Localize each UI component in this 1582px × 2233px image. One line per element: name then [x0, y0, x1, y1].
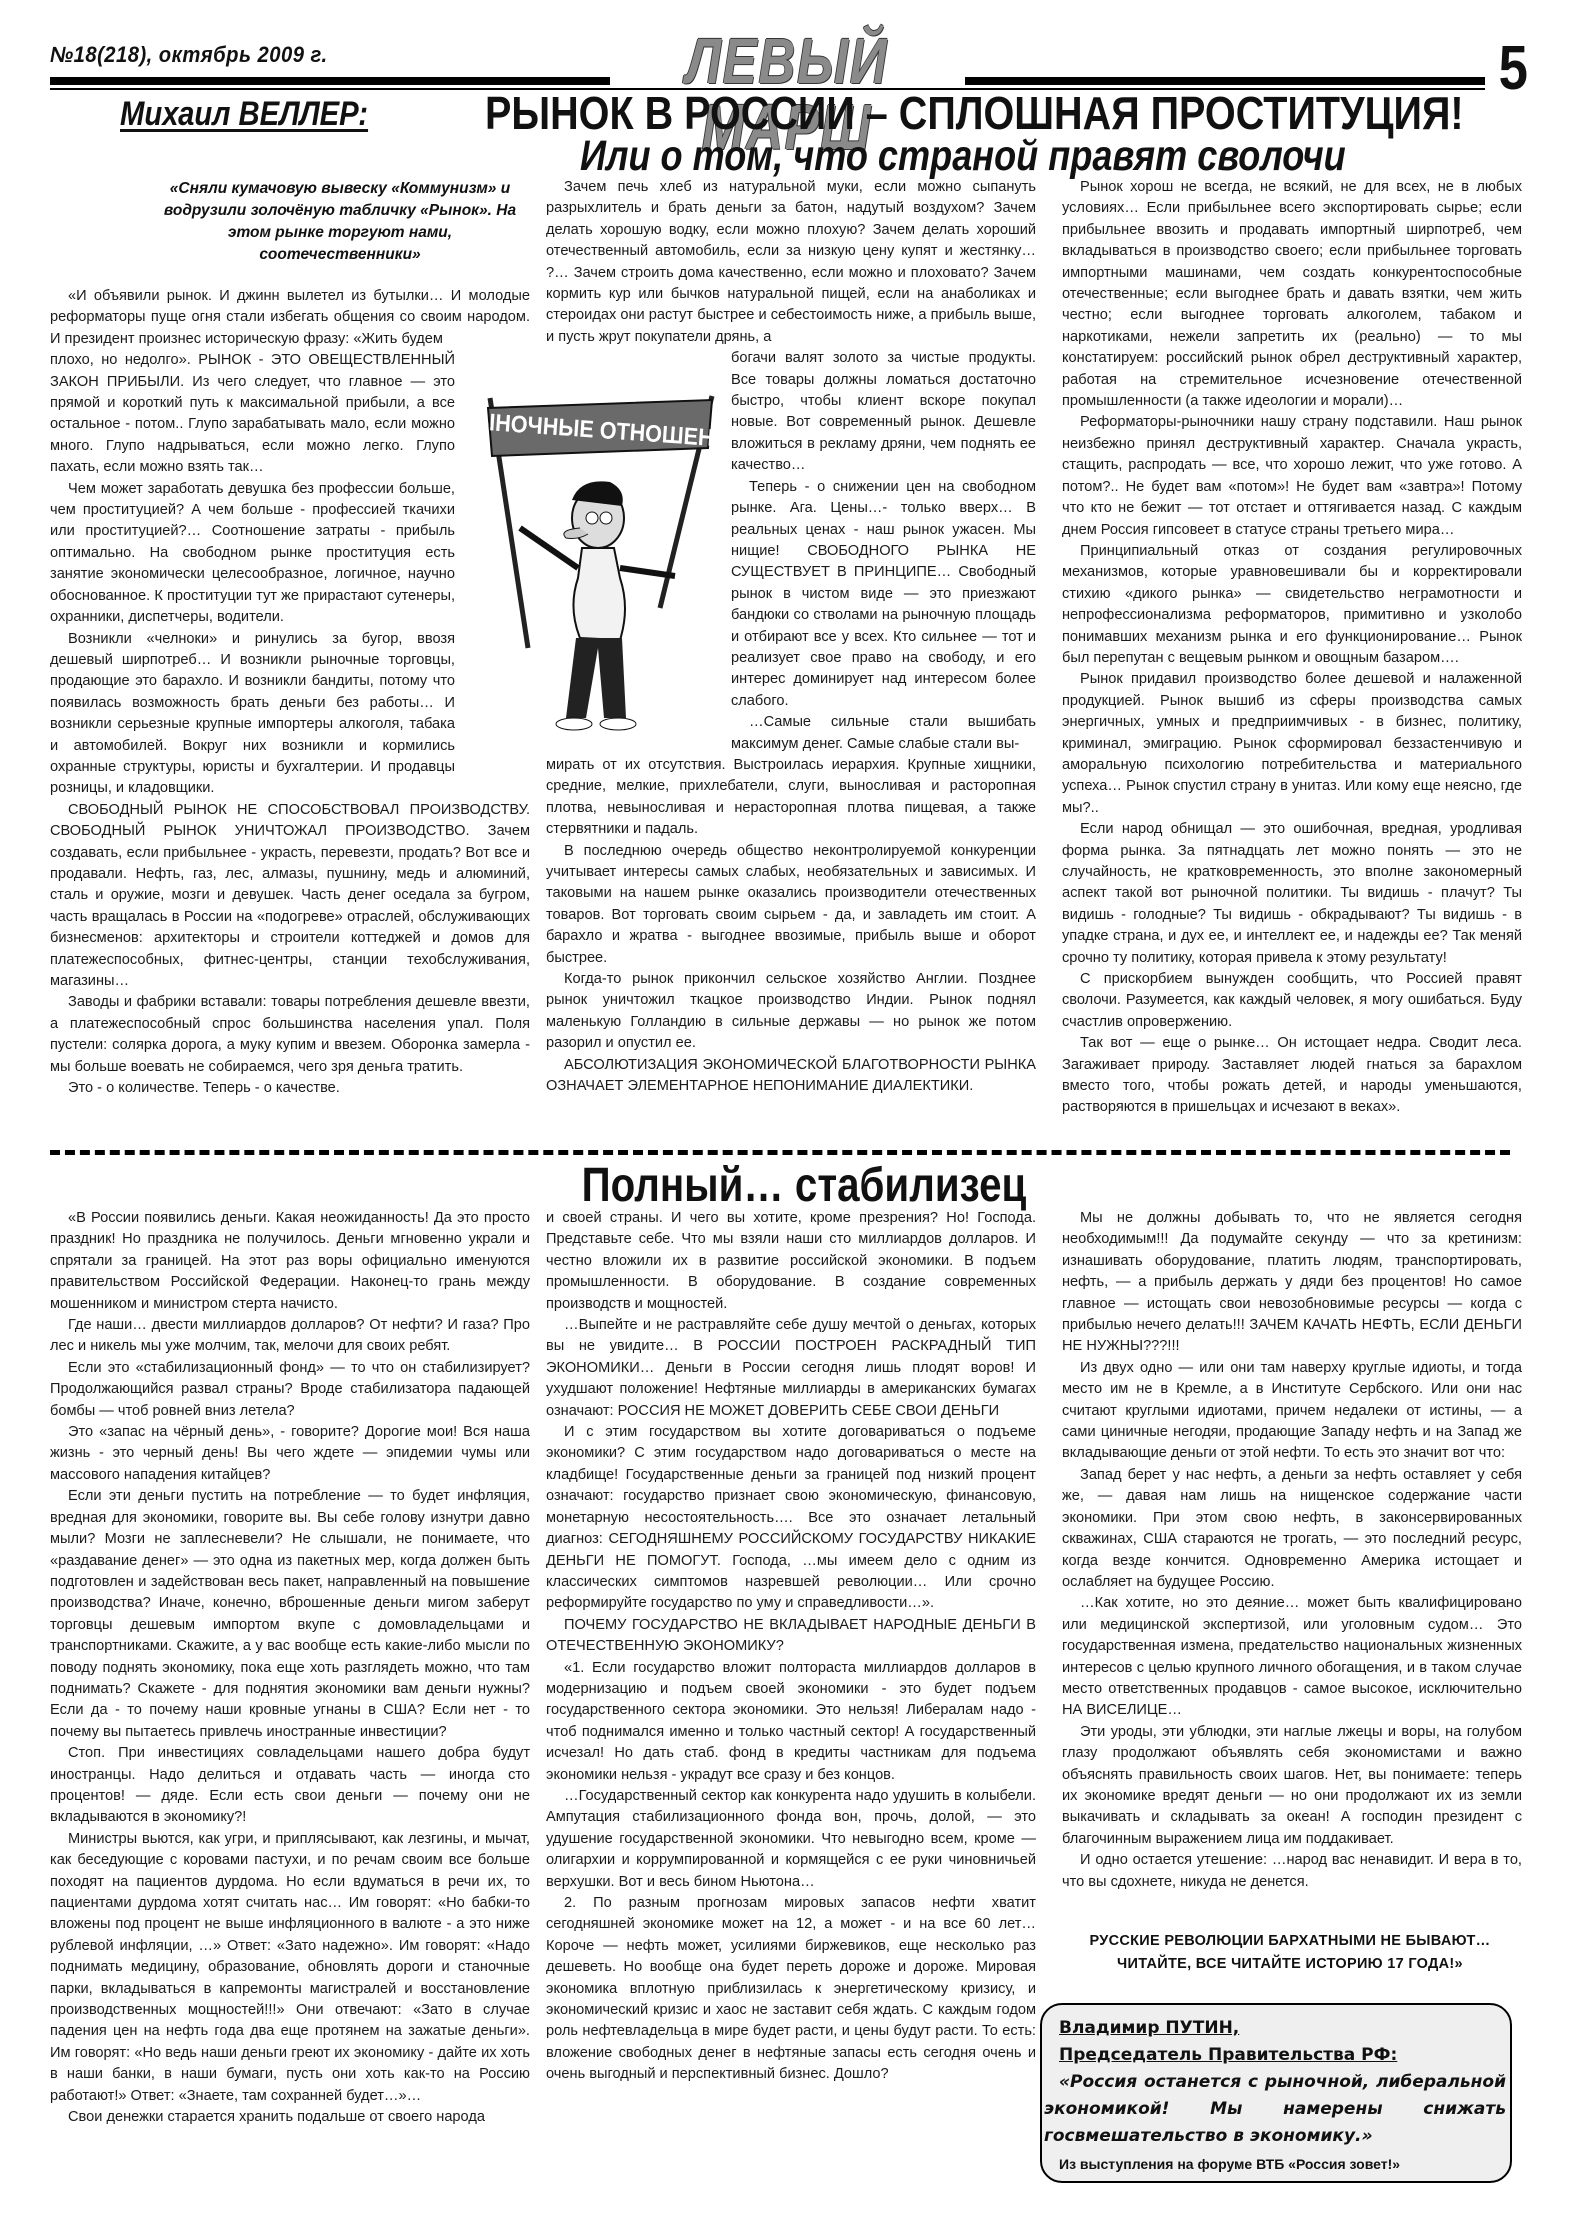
quote-text: «Россия останется с рыночной, либерально…	[1042, 2069, 1510, 2150]
paragraph: Эти уроды, эти ублюдки, эти наглые лжецы…	[1062, 1722, 1522, 1850]
paragraph: плохо, но недолго». РЫНОК - ЭТО ОВЕЩЕСТВ…	[50, 350, 455, 478]
paragraph: АБСОЛЮТИЗАЦИЯ ЭКОНОМИЧЕСКОЙ БЛАГОТВОРНОС…	[546, 1055, 1036, 1098]
paragraph: …Государственный сектор как конкурента н…	[546, 1786, 1036, 1893]
page-number: 5	[1499, 38, 1528, 100]
paragraph: В последнюю очередь общество неконтролир…	[546, 841, 1036, 969]
paragraph: Если это «стабилизационный фонд» — то чт…	[50, 1358, 530, 1422]
paragraph: Это «запас на чёрный день», - говорите? …	[50, 1422, 530, 1486]
article-subheadline: Или о том, что страной правят сволочи	[580, 132, 1336, 180]
quote-source: Из выступления на форуме ВТБ «Россия зов…	[1059, 2152, 1510, 2176]
paragraph: Так вот — еще о рынке… Он истощает недра…	[1062, 1033, 1522, 1119]
article2-column-3: Мы не должны добывать то, что не являетс…	[1062, 1208, 1522, 1893]
paragraph: Это - о количестве. Теперь - о качестве.	[50, 1078, 530, 1099]
article-author: Михаил ВЕЛЛЕР:	[120, 95, 368, 134]
paragraph: И одно остается утешение: …народ вас нен…	[1062, 1850, 1522, 1893]
paragraph: Если народ обнищал — это ошибочная, вред…	[1062, 819, 1522, 969]
article-headline: РЫНОК В РОССИИ – СПЛОШНАЯ ПРОСТИТУЦИЯ!	[485, 88, 1345, 138]
paragraph: Возникли «челноки» и ринулись за бугор, …	[50, 629, 455, 800]
paragraph: Заводы и фабрики вставали: товары потреб…	[50, 992, 530, 1078]
paragraph: Министры вьются, как угри, и приплясываю…	[50, 1829, 530, 2107]
paragraph: …Самые сильные стали вышибать максимум д…	[731, 712, 1036, 755]
article2-column-1: «В России появились деньги. Какая неожид…	[50, 1208, 530, 2128]
paragraph: Рынок хорош не всегда, не всякий, не для…	[1062, 177, 1522, 412]
paragraph: «1. Если государство вложит полтораста м…	[546, 1658, 1036, 1786]
paragraph: ПОЧЕМУ ГОСУДАРСТВО НЕ ВКЛАДЫВАЕТ НАРОДНЫ…	[546, 1615, 1036, 1658]
paragraph: Запад берет у нас нефть, а деньги за неф…	[1062, 1465, 1522, 1593]
article1-column-1: «И объявили рынок. И джинн вылетел из бу…	[50, 286, 530, 1099]
paragraph: …Как хотите, но это деяние… может быть к…	[1062, 1593, 1522, 1721]
section-divider	[50, 1150, 1510, 1155]
quote-speaker-title: Председатель Правительства РФ:	[1059, 2042, 1510, 2069]
paragraph: Рынок придавил производство более дешево…	[1062, 669, 1522, 819]
paragraph: Мы не должны добывать то, что не являетс…	[1062, 1208, 1522, 1358]
paragraph: Принципиальный отказ от создания регулир…	[1062, 541, 1522, 669]
slogan-line-2: ЧИТАЙТЕ, ВСЕ ЧИТАЙТЕ ИСТОРИЮ 17 ГОДА!»	[1055, 1953, 1525, 1976]
issue-number: №18(218), октябрь 2009 г.	[50, 42, 328, 68]
paragraph: «В России появились деньги. Какая неожид…	[50, 1208, 530, 1315]
paragraph: «И объявили рынок. И джинн вылетел из бу…	[50, 286, 530, 350]
paragraph: Стоп. При инвестициях совладельцами наше…	[50, 1743, 530, 1829]
paragraph: …Выпейте и не растравляйте себе душу меч…	[546, 1315, 1036, 1422]
article2-headline: Полный… стабилизец	[582, 1158, 1019, 1214]
paragraph: Если эти деньги пустить на потребление —…	[50, 1486, 530, 1743]
masthead-rule-right	[965, 77, 1485, 85]
article2-column-2: и своей страны. И чего вы хотите, кроме …	[546, 1208, 1036, 2086]
slogan-line-1: РУССКИЕ РЕВОЛЮЦИИ БАРХАТНЫМИ НЕ БЫВАЮТ…	[1055, 1930, 1525, 1953]
article1-column-2: Зачем печь хлеб из натуральной муки, есл…	[546, 177, 1036, 1097]
quote-speaker-name: Владимир ПУТИН,	[1059, 2015, 1510, 2042]
paragraph: Реформаторы-рыночники нашу страну подста…	[1062, 412, 1522, 540]
closing-slogan: РУССКИЕ РЕВОЛЮЦИИ БАРХАТНЫМИ НЕ БЫВАЮТ… …	[1055, 1930, 1525, 1976]
paragraph: богачи валят золото за чистые продукты. …	[731, 348, 1036, 476]
quote-box: Владимир ПУТИН, Председатель Правительст…	[1040, 2003, 1512, 2183]
paragraph: Чем может заработать девушка без професс…	[50, 479, 455, 629]
article-lede-quote: «Сняли кумачовую вывеску «Коммунизм» и в…	[150, 178, 530, 266]
paragraph: Зачем печь хлеб из натуральной муки, есл…	[546, 177, 1036, 348]
paragraph: Из двух одно — или они там наверху кругл…	[1062, 1358, 1522, 1465]
paragraph: Свои денежки старается хранить подальше …	[50, 2107, 530, 2128]
paragraph: И с этим государством вы хотите договари…	[546, 1422, 1036, 1615]
article1-column-3: Рынок хорош не всегда, не всякий, не для…	[1062, 177, 1522, 1119]
masthead-rule-left	[50, 77, 610, 85]
quote-body: «Россия останется с рыночной, либерально…	[1044, 2072, 1506, 2146]
newspaper-title: ЛЕВЫЙ МАРШ	[647, 28, 927, 94]
paragraph: С прискорбием вынужден сообщить, что Рос…	[1062, 969, 1522, 1033]
paragraph: и своей страны. И чего вы хотите, кроме …	[546, 1208, 1036, 1315]
paragraph: СВОБОДНЫЙ РЫНОК НЕ СПОСОБСТВОВАЛ ПРОИЗВО…	[50, 800, 530, 993]
paragraph: 2. По разным прогнозам мировых запасов н…	[546, 1893, 1036, 2086]
paragraph: Когда-то рынок прикончил сельское хозяйс…	[546, 969, 1036, 1055]
paragraph: Теперь - о снижении цен на свободном рын…	[731, 477, 1036, 712]
paragraph: мирать от их отсутствия. Выстроилась иер…	[546, 755, 1036, 841]
paragraph: Где наши… двести миллиардов долларов? От…	[50, 1315, 530, 1358]
